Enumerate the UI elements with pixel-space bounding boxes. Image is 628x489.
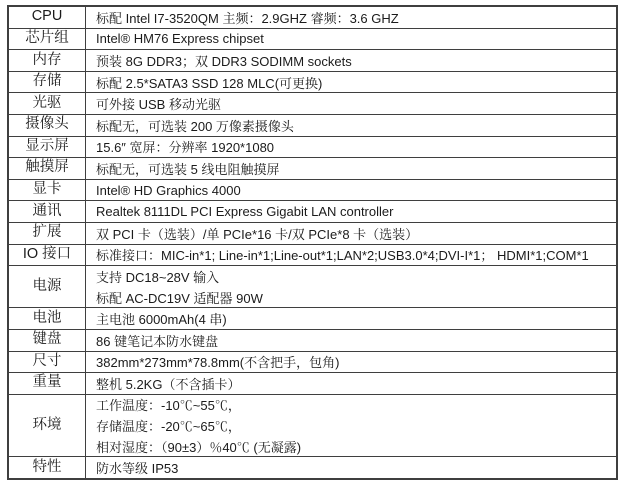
row-value: 工作温度：-10℃~55℃，存储温度：-20℃~65℃，相对湿度：（90±3）％… bbox=[86, 395, 616, 457]
spec-value-line: 标配 AC-DC19V 适配器 90W bbox=[96, 287, 612, 308]
spec-value-line: 标配无，可选装 5 线电阻触摸屏 bbox=[96, 158, 612, 179]
table-row: 存储 标配 2.5*SATA3 SSD 128 MLC(可更换) bbox=[9, 71, 616, 93]
spec-value-line: 15.6″ 宽屏：分辨率 1920*1080 bbox=[96, 137, 612, 158]
row-value: 标配 2.5*SATA3 SSD 128 MLC(可更换) bbox=[86, 72, 616, 93]
spec-value-line: 可外接 USB 移动光驱 bbox=[96, 93, 612, 114]
row-label: 键盘 bbox=[9, 330, 86, 351]
row-label: 光驱 bbox=[9, 93, 86, 114]
row-value: 15.6″ 宽屏：分辨率 1920*1080 bbox=[86, 137, 616, 158]
row-label: 显卡 bbox=[9, 180, 86, 201]
row-label: 重量 bbox=[9, 373, 86, 394]
row-value: 382mm*273mm*78.8mm(不含把手，包角) bbox=[86, 352, 616, 373]
row-label: 通讯 bbox=[9, 201, 86, 222]
row-label: 环境 bbox=[9, 395, 86, 457]
table-row: 触摸屏 标配无，可选装 5 线电阻触摸屏 bbox=[9, 157, 616, 179]
row-value: Realtek 8111DL PCI Express Gigabit LAN c… bbox=[86, 201, 616, 222]
row-label: 特性 bbox=[9, 457, 86, 478]
table-row: 芯片组 Intel® HM76 Express chipset bbox=[9, 28, 616, 50]
table-row: 电源 支持 DC18~28V 输入标配 AC-DC19V 适配器 90W bbox=[9, 265, 616, 307]
row-value: Intel® HD Graphics 4000 bbox=[86, 180, 616, 201]
spec-value-line: 整机 5.2KG（不含插卡） bbox=[96, 373, 612, 394]
spec-value-line: 标配 Intel I7-3520QM 主频：2.9GHZ 睿频：3.6 GHZ bbox=[96, 7, 612, 28]
spec-value-line: 预装 8G DDR3；双 DDR3 SODIMM sockets bbox=[96, 50, 612, 71]
table-row: 光驱 可外接 USB 移动光驱 bbox=[9, 92, 616, 114]
row-label: 电池 bbox=[9, 308, 86, 329]
table-row: 摄像头 标配无，可选装 200 万像素摄像头 bbox=[9, 114, 616, 136]
spec-value-line: 主电池 6000mAh(4 串) bbox=[96, 308, 612, 329]
table-row: 显卡 Intel® HD Graphics 4000 bbox=[9, 179, 616, 201]
row-value: Intel® HM76 Express chipset bbox=[86, 29, 616, 50]
row-value: 双 PCI 卡（选装）/单 PCIe*16 卡/双 PCIe*8 卡（选装） bbox=[86, 223, 616, 244]
spec-value-line: 标准接口：MIC-in*1; Line-in*1;Line-out*1;LAN*… bbox=[96, 245, 612, 266]
row-label: IO 接口 bbox=[9, 245, 86, 266]
row-value: 标配 Intel I7-3520QM 主频：2.9GHZ 睿频：3.6 GHZ bbox=[86, 7, 616, 28]
spec-value-line: Realtek 8111DL PCI Express Gigabit LAN c… bbox=[96, 201, 612, 222]
spec-value-line: 双 PCI 卡（选装）/单 PCIe*16 卡/双 PCIe*8 卡（选装） bbox=[96, 223, 612, 244]
row-label: 显示屏 bbox=[9, 137, 86, 158]
table-row: 特性 防水等级 IP53 bbox=[9, 456, 616, 478]
spec-value-line: 86 键笔记本防水键盘 bbox=[96, 330, 612, 351]
row-value: 标配无，可选装 200 万像素摄像头 bbox=[86, 115, 616, 136]
row-value: 标配无，可选装 5 线电阻触摸屏 bbox=[86, 158, 616, 179]
table-row: 键盘 86 键笔记本防水键盘 bbox=[9, 329, 616, 351]
spec-value-line: 工作温度：-10℃~55℃， bbox=[96, 395, 612, 416]
table-row: 内存 预装 8G DDR3；双 DDR3 SODIMM sockets bbox=[9, 49, 616, 71]
spec-table: CPU 标配 Intel I7-3520QM 主频：2.9GHZ 睿频：3.6 … bbox=[7, 5, 618, 480]
row-value: 防水等级 IP53 bbox=[86, 457, 616, 478]
row-value: 可外接 USB 移动光驱 bbox=[86, 93, 616, 114]
spec-value-line: 标配 2.5*SATA3 SSD 128 MLC(可更换) bbox=[96, 72, 612, 93]
table-row: 扩展 双 PCI 卡（选装）/单 PCIe*16 卡/双 PCIe*8 卡（选装… bbox=[9, 222, 616, 244]
table-row: IO 接口 标准接口：MIC-in*1; Line-in*1;Line-out*… bbox=[9, 244, 616, 266]
row-label: 尺寸 bbox=[9, 352, 86, 373]
table-row: CPU 标配 Intel I7-3520QM 主频：2.9GHZ 睿频：3.6 … bbox=[9, 7, 616, 28]
row-label: 内存 bbox=[9, 50, 86, 71]
spec-value-line: 支持 DC18~28V 输入 bbox=[96, 266, 612, 287]
spec-value-line: 382mm*273mm*78.8mm(不含把手，包角) bbox=[96, 352, 612, 373]
row-label: 存储 bbox=[9, 72, 86, 93]
table-row: 环境 工作温度：-10℃~55℃，存储温度：-20℃~65℃，相对湿度：（90±… bbox=[9, 394, 616, 457]
spec-value-line: Intel® HM76 Express chipset bbox=[96, 29, 612, 50]
table-row: 通讯 Realtek 8111DL PCI Express Gigabit LA… bbox=[9, 200, 616, 222]
row-label: 电源 bbox=[9, 266, 86, 307]
table-row: 电池 主电池 6000mAh(4 串) bbox=[9, 307, 616, 329]
spec-value-line: 标配无，可选装 200 万像素摄像头 bbox=[96, 115, 612, 136]
row-value: 整机 5.2KG（不含插卡） bbox=[86, 373, 616, 394]
row-value: 86 键笔记本防水键盘 bbox=[86, 330, 616, 351]
spec-value-line: 相对湿度：（90±3）％40℃ (无凝露) bbox=[96, 436, 612, 457]
table-row: 尺寸 382mm*273mm*78.8mm(不含把手，包角) bbox=[9, 351, 616, 373]
row-label: 摄像头 bbox=[9, 115, 86, 136]
table-row: 显示屏 15.6″ 宽屏：分辨率 1920*1080 bbox=[9, 136, 616, 158]
row-label: 芯片组 bbox=[9, 29, 86, 50]
row-label: CPU bbox=[9, 7, 86, 28]
row-value: 支持 DC18~28V 输入标配 AC-DC19V 适配器 90W bbox=[86, 266, 616, 307]
row-value: 主电池 6000mAh(4 串) bbox=[86, 308, 616, 329]
row-label: 扩展 bbox=[9, 223, 86, 244]
table-row: 重量 整机 5.2KG（不含插卡） bbox=[9, 372, 616, 394]
spec-value-line: 存储温度：-20℃~65℃， bbox=[96, 415, 612, 436]
row-value: 预装 8G DDR3；双 DDR3 SODIMM sockets bbox=[86, 50, 616, 71]
row-label: 触摸屏 bbox=[9, 158, 86, 179]
spec-value-line: Intel® HD Graphics 4000 bbox=[96, 180, 612, 201]
row-value: 标准接口：MIC-in*1; Line-in*1;Line-out*1;LAN*… bbox=[86, 245, 616, 266]
spec-value-line: 防水等级 IP53 bbox=[96, 457, 612, 478]
